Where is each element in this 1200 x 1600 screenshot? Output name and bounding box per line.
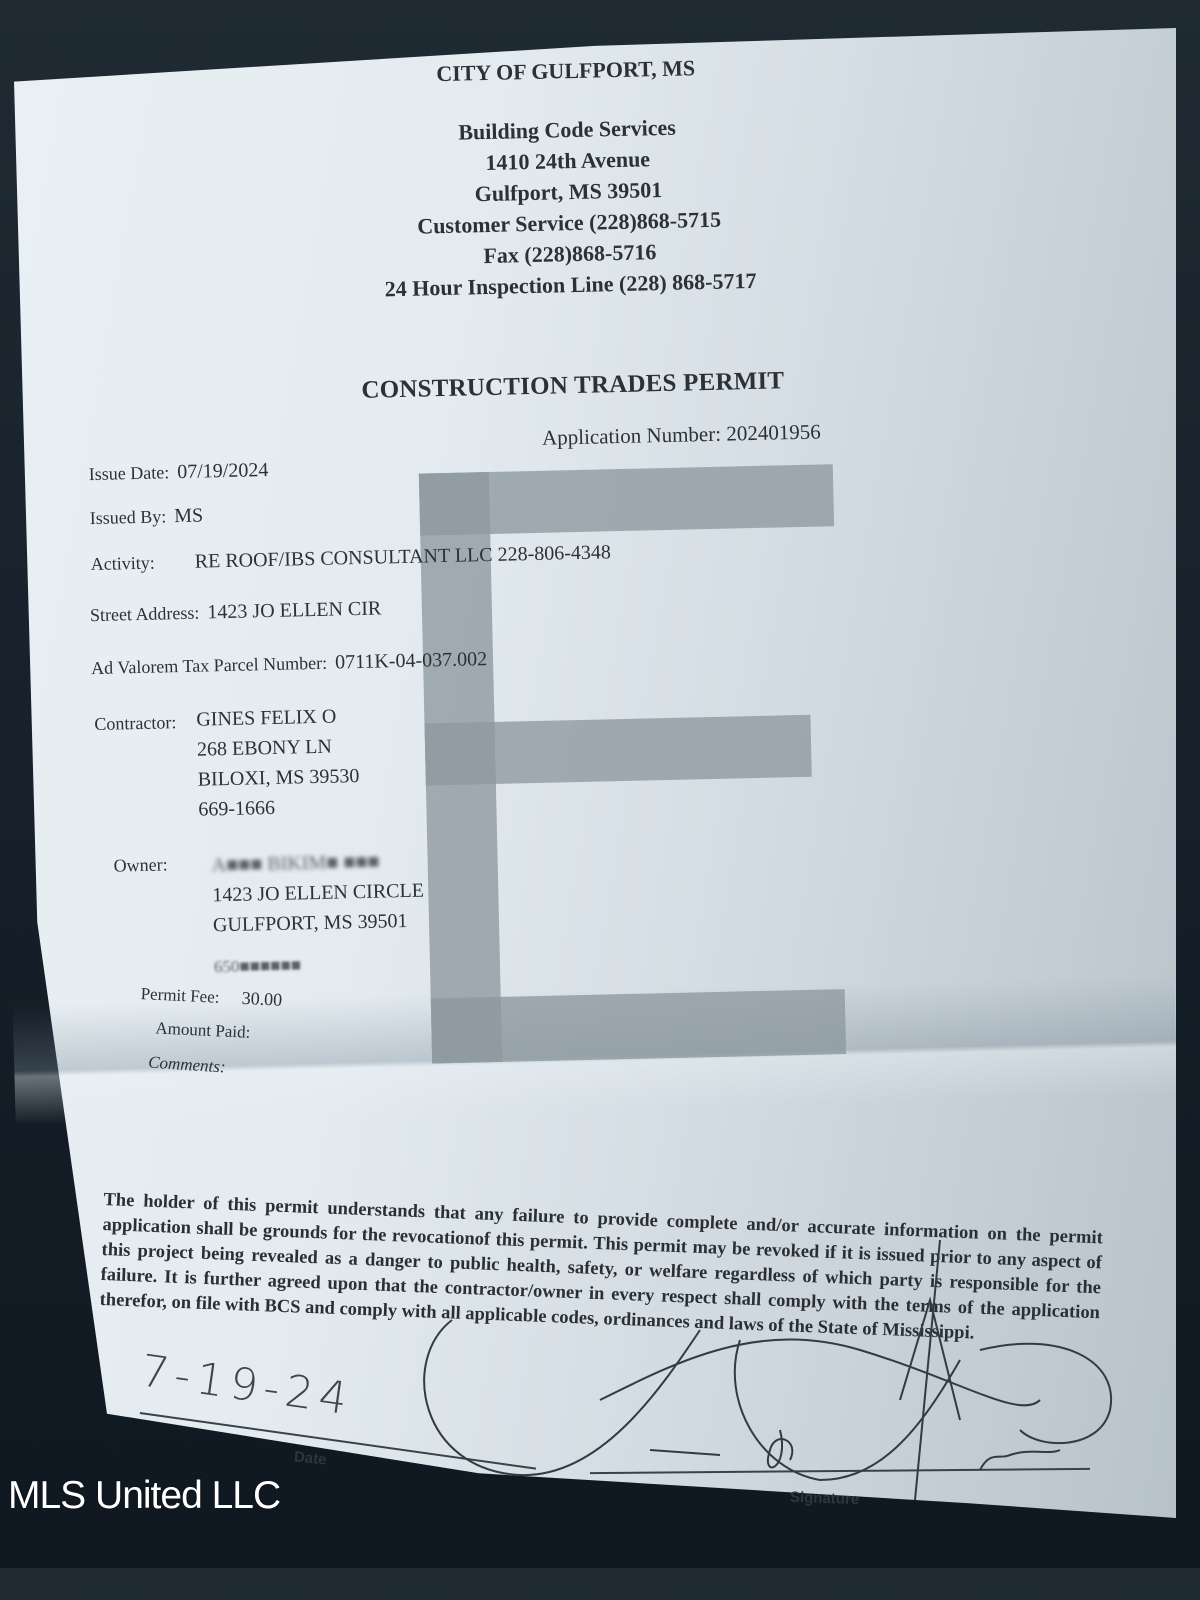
handwritten-signature bbox=[0, 0, 1176, 1568]
mls-watermark: MLS United LLC bbox=[8, 1474, 280, 1518]
